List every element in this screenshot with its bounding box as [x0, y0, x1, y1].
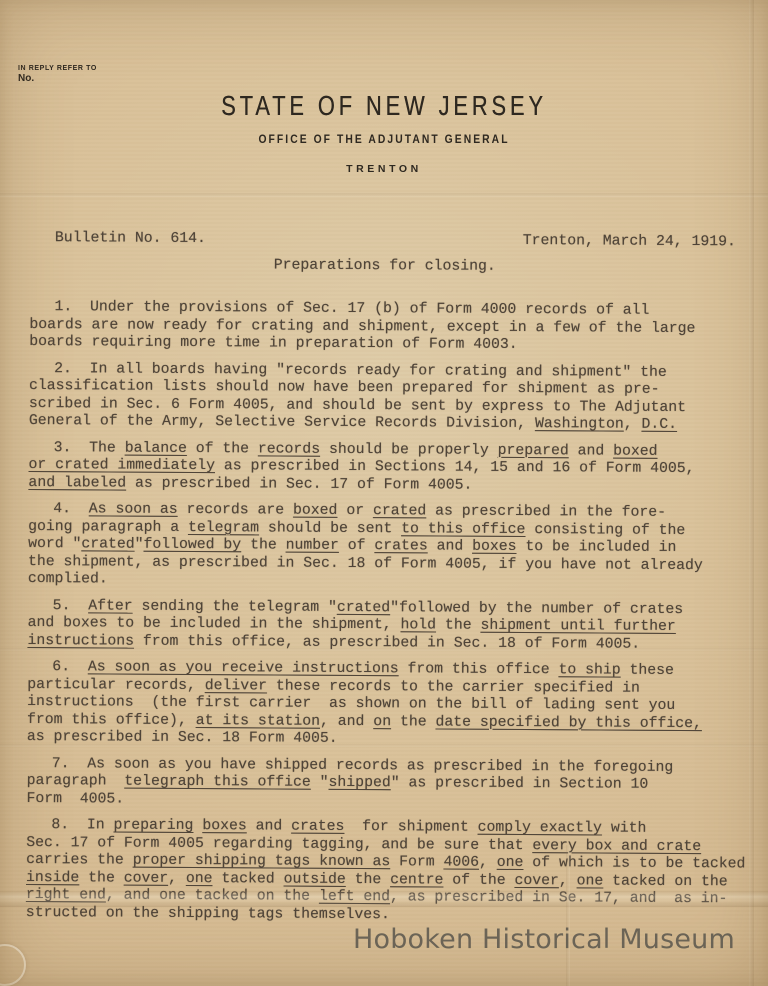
subject-line: Preparations for closing.: [30, 255, 740, 277]
letterhead-city-line: TRENTON: [0, 163, 768, 175]
paragraph-6: 6. As soon as you receive instructions f…: [27, 659, 738, 751]
paragraph-line: instructions from this office, as prescr…: [27, 632, 737, 654]
paragraph-line: General of the Army, Selective Service R…: [29, 413, 739, 435]
reply-refer-label: IN REPLY REFER TO: [18, 65, 97, 72]
paragraph-5: 5. After sending the telegram "crated"fo…: [27, 597, 737, 654]
paragraph-7: 7. As soon as you have shipped records a…: [26, 755, 736, 812]
letter-paragraphs: 1. Under the provisions of Sec. 17 (b) o…: [26, 299, 740, 926]
reply-refer-block: IN REPLY REFER TO No.: [18, 65, 97, 84]
letterhead-title: STATE OF NEW JERSEY: [84, 90, 683, 122]
reply-no-label: No.: [18, 73, 97, 84]
heading-row: Bulletin No. 614. Trenton, March 24, 191…: [30, 230, 740, 252]
letterhead-office-line: OFFICE OF THE ADJUTANT GENERAL: [54, 132, 714, 146]
paragraph-8: 8. In preparing boxes and crates for shi…: [26, 817, 737, 926]
paragraph-3: 3. The balance of the records should be …: [28, 439, 738, 496]
dateline: Trenton, March 24, 1919.: [523, 233, 736, 252]
watermark-text: Hoboken Historical Museum: [353, 924, 735, 955]
typed-letter: Bulletin No. 614. Trenton, March 24, 191…: [26, 230, 740, 935]
paragraph-2: 2. In all boards having "records ready f…: [29, 360, 739, 434]
bulletin-number: Bulletin No. 614.: [55, 230, 206, 248]
paragraph-1: 1. Under the provisions of Sec. 17 (b) o…: [29, 299, 739, 356]
paragraph-4: 4. As soon as records are boxed or crate…: [28, 501, 739, 593]
